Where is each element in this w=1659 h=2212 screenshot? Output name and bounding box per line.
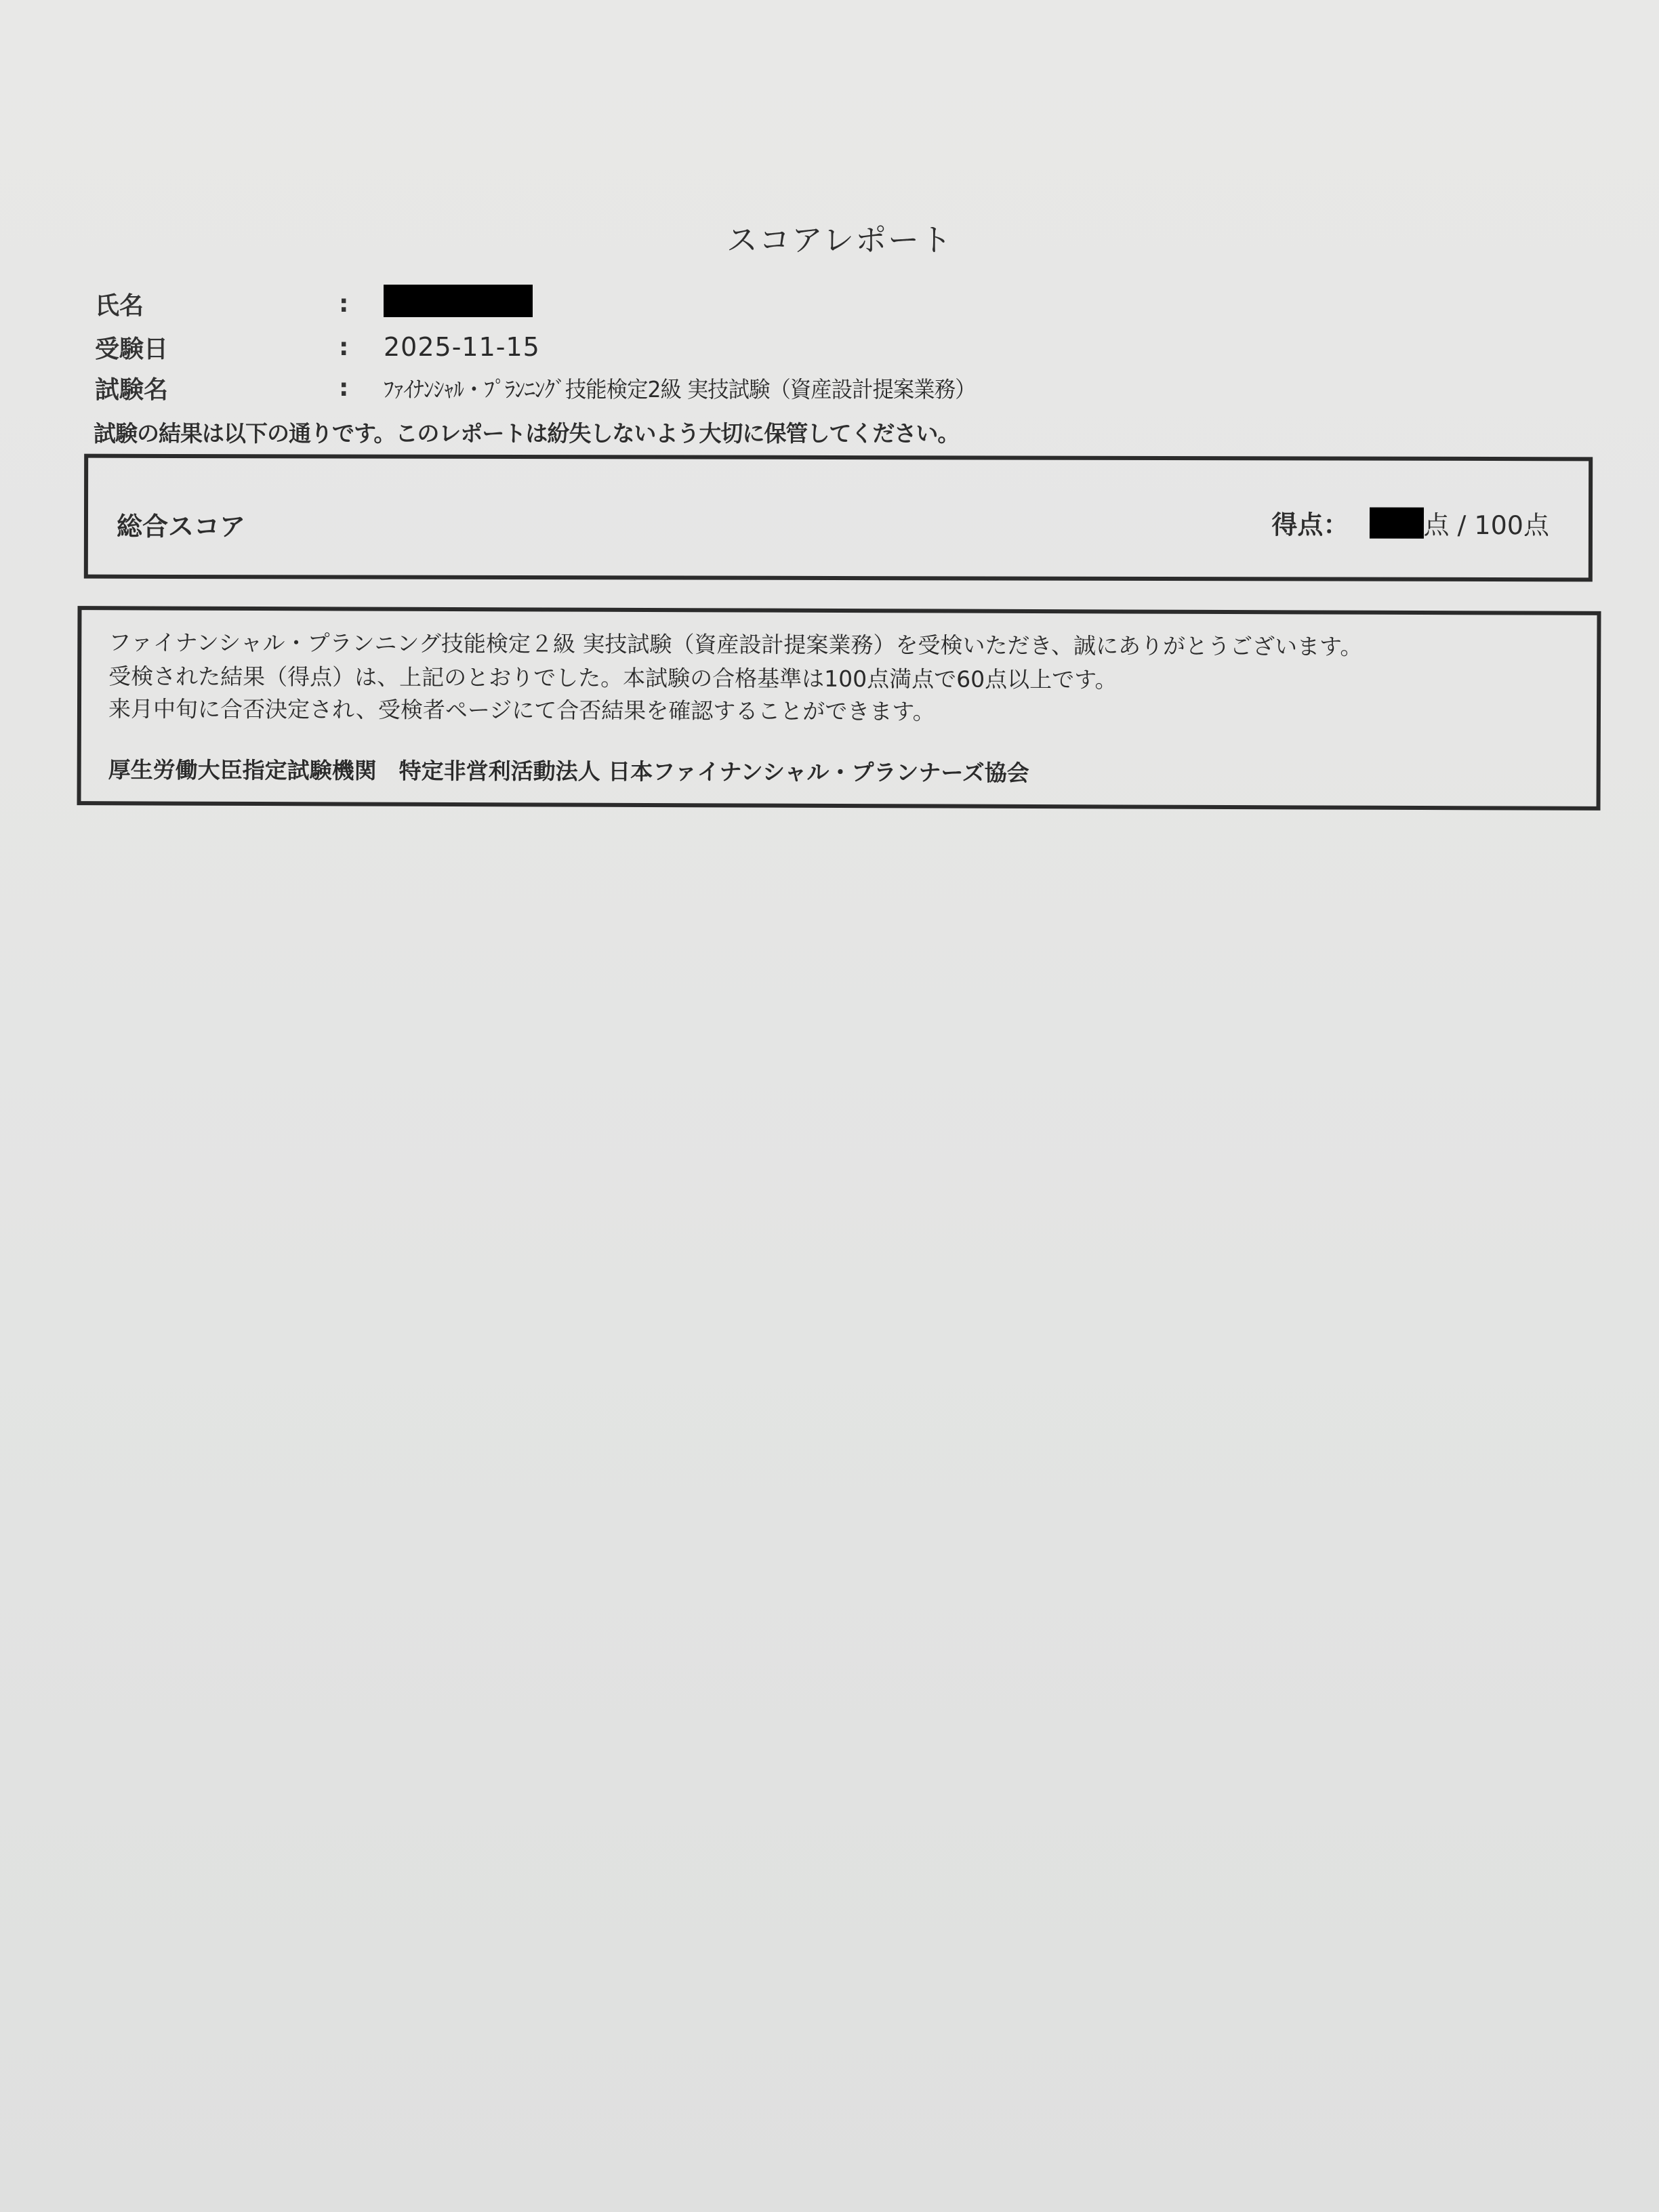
field-exam-date: 受験日 : 2025-11-15 xyxy=(95,328,540,366)
field-exam-name-label: 試験名 xyxy=(95,371,339,405)
score-redaction-bar xyxy=(1369,507,1423,538)
score-report-page: スコアレポート 氏名 : 受験日 : 2025-11-15 試験名 : ﾌｧｲﾅ… xyxy=(0,0,1659,2212)
field-name-separator: : xyxy=(339,290,384,318)
redaction-bar xyxy=(384,285,533,317)
message-box: ファイナンシャル・プランニング技能検定２級 実技試験（資産設計提案業務）を受検い… xyxy=(77,606,1601,811)
score-readout: 得点： 点 / 100点 xyxy=(1271,504,1549,541)
total-score-label: 総合スコア xyxy=(117,506,245,543)
document-title: スコアレポート xyxy=(0,216,1659,260)
message-line: ファイナンシャル・プランニング技能検定２級 実技試験（資産設計提案業務）を受検い… xyxy=(108,625,1362,661)
field-exam-date-value: 2025-11-15 xyxy=(384,332,540,362)
issuer-line: 厚生労働大臣指定試験機関 特定非営利活動法人 日本ファイナンシャル・プランナーズ… xyxy=(108,752,1029,787)
message-line: 来月中旬に合否決定され、受検者ページにて合否結果を確認することができます。 xyxy=(108,691,935,726)
field-exam-date-label: 受験日 xyxy=(95,330,339,365)
field-exam-name-separator: : xyxy=(339,374,384,402)
intro-text: 試験の結果は以下の通りです。このレポートは紛失しないよう大切に保管してください。 xyxy=(94,416,959,448)
field-exam-date-separator: : xyxy=(339,333,384,361)
field-exam-name-value: ﾌｧｲﾅﾝｼｬﾙ・ﾌﾟﾗﾝﾆﾝｸﾞ技能検定2級 実技試験（資産設計提案業務） xyxy=(384,372,976,404)
total-score-box: 総合スコア 得点： 点 / 100点 xyxy=(84,454,1593,582)
score-suffix: 点 / 100点 xyxy=(1423,504,1549,541)
message-line: 受検された結果（得点）は、上記のとおりでした。本試験の合格基準は100点満点で6… xyxy=(108,659,1117,694)
field-name-value xyxy=(384,285,533,323)
field-name-label: 氏名 xyxy=(95,287,339,321)
points-label: 得点： xyxy=(1271,504,1349,541)
field-exam-name: 試験名 : ﾌｧｲﾅﾝｼｬﾙ・ﾌﾟﾗﾝﾆﾝｸﾞ技能検定2級 実技試験（資産設計提… xyxy=(95,369,1007,407)
field-name: 氏名 : xyxy=(95,285,533,323)
